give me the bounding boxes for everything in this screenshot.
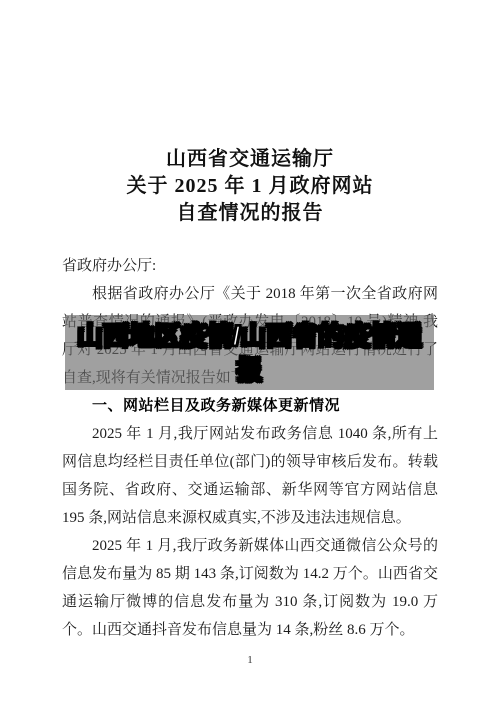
- paragraph-website-info: 2025 年 1 月,我厅网站发布政务信息 1040 条,所有上网信息均经栏目责…: [62, 420, 438, 532]
- paragraph-new-media: 2025 年 1 月,我厅政务新媒体山西交通微信公众号的信息发布量为 85 期 …: [62, 532, 438, 644]
- title-line-2: 关于 2025 年 1 月政府网站: [0, 173, 500, 200]
- document-page: 山西省交通运输厅 关于 2025 年 1 月政府网站 自查情况的报告 省政府办公…: [0, 0, 500, 707]
- document-body: 省政府办公厅: 根据省政府办公厅《关于 2018 年第一次全省政府网站普查情况的…: [62, 252, 438, 644]
- document-title: 山西省交通运输厅 关于 2025 年 1 月政府网站 自查情况的报告: [0, 146, 500, 227]
- title-line-1: 山西省交通运输厅: [0, 146, 500, 173]
- section-heading: 一、网站栏目及政务新媒体更新情况: [62, 392, 438, 420]
- title-line-3: 自查情况的报告: [0, 200, 500, 227]
- salutation: 省政府办公厅:: [62, 252, 438, 280]
- page-number: 1: [0, 652, 500, 668]
- caption-overlay-band: 山西地区疫情/山西省的疫情通报: [65, 315, 434, 390]
- caption-overlay-text: 山西地区疫情/山西省的疫情通报: [65, 319, 434, 387]
